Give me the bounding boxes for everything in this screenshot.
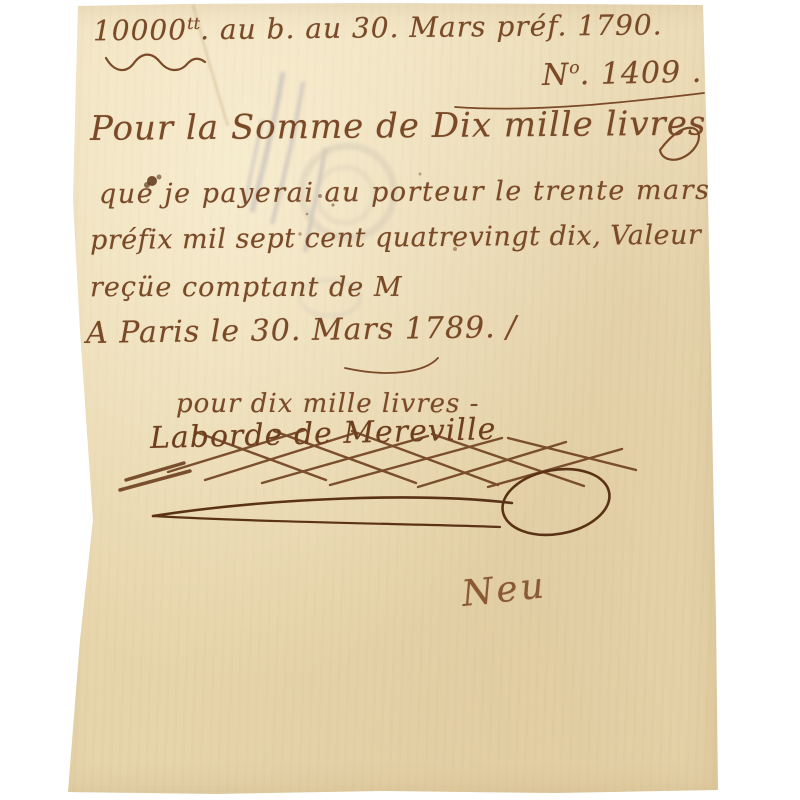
amount-superscript: tt — [187, 14, 200, 33]
amount-value: 10000 — [93, 13, 187, 47]
amount-line-rest: . au b. au 30. Mars préf. 1790. — [200, 8, 663, 46]
line-recue: reçüe comptant de M — [90, 274, 402, 302]
scanned-promissory-note: 10000tt. au b. au 30. Mars préf. 1790. N… — [0, 0, 800, 800]
line-valeur: préfix mil sept cent quatrevingt dix, Va… — [90, 222, 702, 256]
number-prefix: N — [542, 57, 570, 93]
line-somme: Pour la Somme de Dix mille livres — [90, 107, 707, 148]
number-superscript: o — [569, 58, 580, 78]
amount-line: 10000tt. au b. au 30. Mars préf. 1790. — [93, 10, 663, 46]
note-number: No. 1409 . — [542, 57, 703, 92]
line-payerai: que je payerai au porteur le trente mars — [99, 177, 711, 210]
number-value: . 1409 . — [579, 55, 702, 93]
line-place-date: A Paris le 30. Mars 1789. / — [86, 312, 518, 350]
bottom-signature: Neu — [460, 567, 548, 613]
